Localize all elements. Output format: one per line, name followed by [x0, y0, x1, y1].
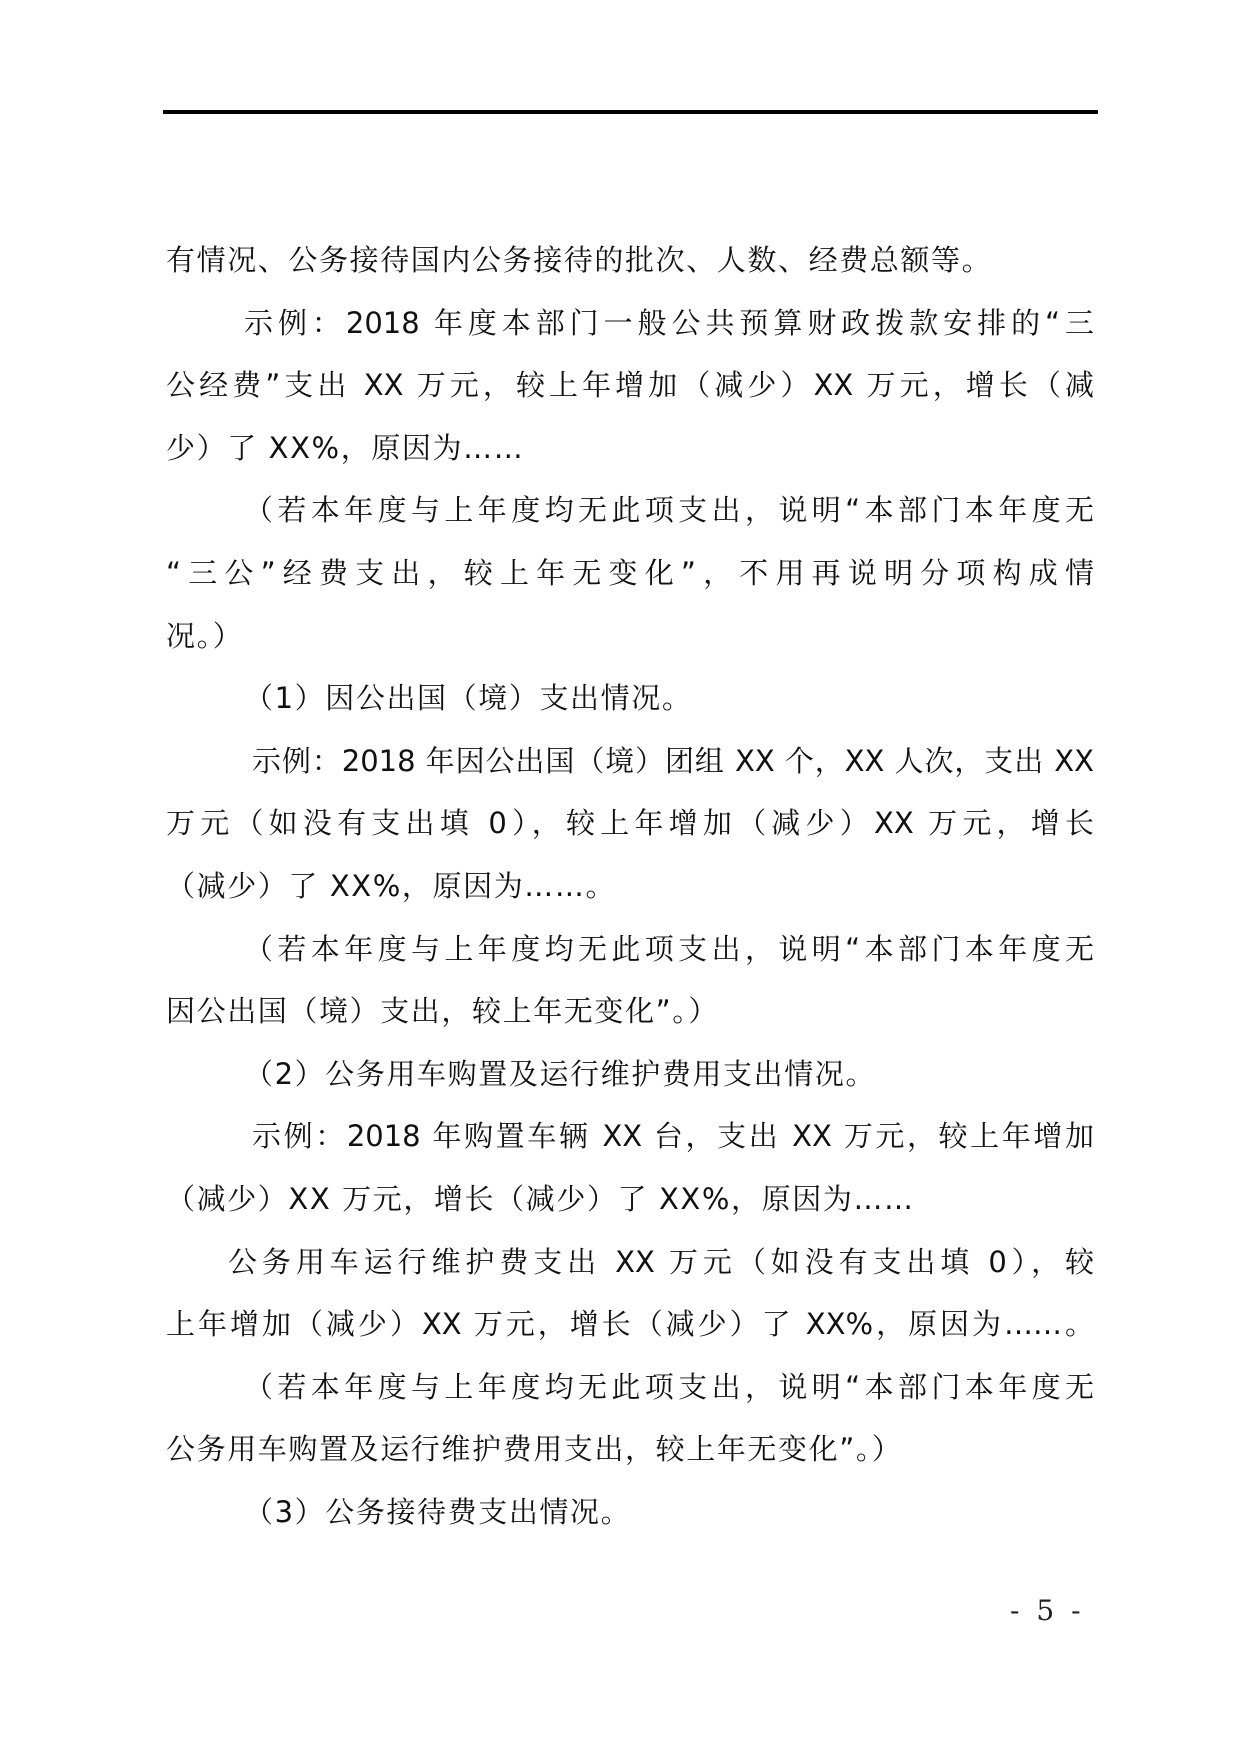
document-body: 有情况、公务接待国内公务接待的批次、人数、经费总额等。 示例：2018 年度本部… — [166, 229, 1094, 1543]
text-line: （减少）XX 万元，增长（减少）了 XX%，原因为…… — [166, 1168, 1094, 1231]
section-heading-3: （3）公务接待费支出情况。 — [166, 1481, 1094, 1544]
section-heading-1: （1）因公出国（境）支出情况。 — [166, 667, 1094, 730]
text-line: 公务用车运行维护费支出 XX 万元（如没有支出填 0），较 — [166, 1231, 1094, 1294]
text-line: 少）了 XX%，原因为…… — [166, 417, 1094, 480]
text-line: 公经费”支出 XX 万元，较上年增加（减少）XX 万元，增长（减 — [166, 354, 1094, 417]
page-number: - 5 - — [1010, 1594, 1085, 1627]
text-line: “三公”经费支出，较上年无变化”，不用再说明分项构成情 — [166, 542, 1094, 605]
text-line: 示例：2018 年因公出国（境）团组 XX 个，XX 人次，支出 XX — [166, 730, 1094, 793]
text-line: （若本年度与上年度均无此项支出，说明“本部门本年度无 — [166, 918, 1094, 981]
text-line: 有情况、公务接待国内公务接待的批次、人数、经费总额等。 — [166, 229, 1094, 292]
text-line: 因公出国（境）支出，较上年无变化”。） — [166, 980, 1094, 1043]
header-rule — [163, 110, 1098, 114]
text-line: 万元（如没有支出填 0），较上年增加（减少）XX 万元，增长 — [166, 792, 1094, 855]
text-line: 公务用车购置及运行维护费用支出，较上年无变化”。） — [166, 1418, 1094, 1481]
text-line: 示例：2018 年度本部门一般公共预算财政拨款安排的“三 — [166, 292, 1094, 355]
section-heading-2: （2）公务用车购置及运行维护费用支出情况。 — [166, 1043, 1094, 1106]
text-line: （若本年度与上年度均无此项支出，说明“本部门本年度无 — [166, 479, 1094, 542]
text-line: （若本年度与上年度均无此项支出，说明“本部门本年度无 — [166, 1356, 1094, 1419]
text-line: 况。） — [166, 605, 1094, 668]
text-line: 示例：2018 年购置车辆 XX 台，支出 XX 万元，较上年增加 — [166, 1105, 1094, 1168]
text-line: （减少）了 XX%，原因为……。 — [166, 855, 1094, 918]
text-line: 上年增加（减少）XX 万元，增长（减少）了 XX%，原因为……。 — [166, 1293, 1094, 1356]
